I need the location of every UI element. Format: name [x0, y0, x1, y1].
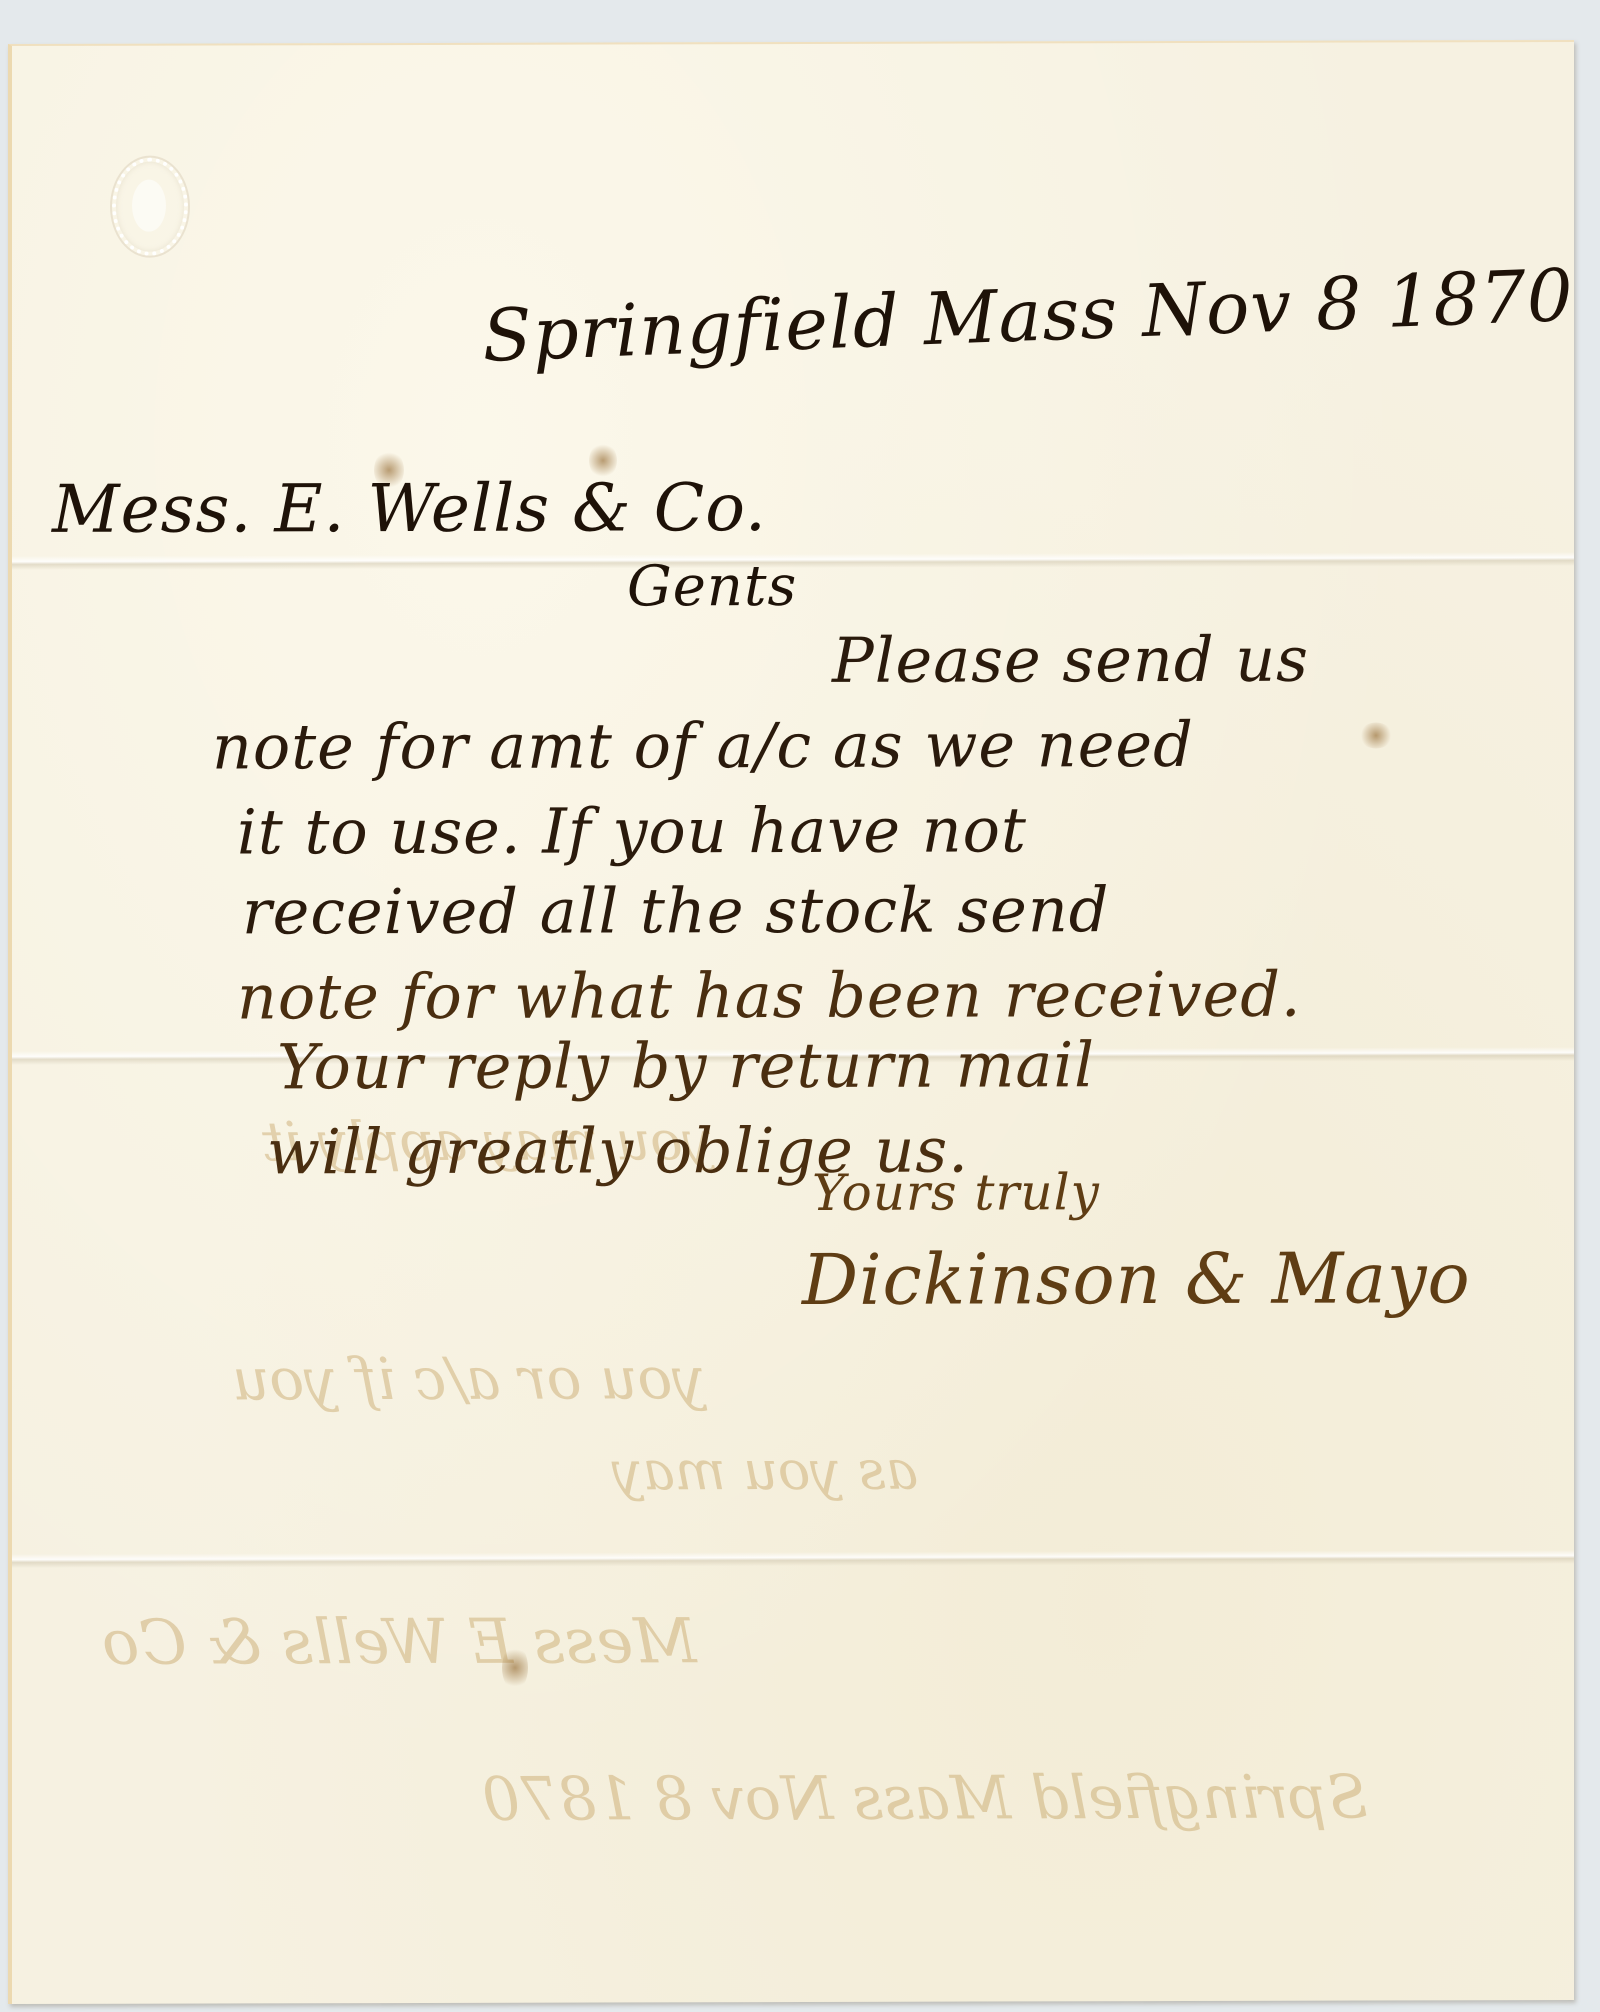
closing: Yours truly: [812, 1163, 1100, 1222]
bleed-through-line: Mess E Wells & Co: [102, 1604, 697, 1679]
body-line: note for what has been received.: [237, 958, 1302, 1034]
bleed-through-line: you or a/c if you: [232, 1344, 705, 1413]
fold-line-3: [12, 1550, 1574, 1568]
place-date-heading: Springfield Mass Nov 8 1870: [481, 253, 1575, 378]
salutation: Gents: [627, 554, 797, 619]
body-line: received all the stock send: [242, 873, 1109, 948]
bleed-through-line: Springfield Mass Nov 8 1870: [482, 1762, 1368, 1834]
body-line: it to use. If you have not: [237, 793, 1027, 868]
emboss-center: [132, 180, 166, 232]
ink-stain: [502, 1645, 528, 1691]
embossed-stamp-icon: [112, 158, 188, 256]
bleed-through-line: as you may: [612, 1439, 918, 1503]
letter-sheet: you may apply it you or a/c if you as yo…: [8, 40, 1574, 2004]
addressee: Mess. E. Wells & Co.: [52, 469, 767, 548]
body-line: Please send us: [832, 623, 1309, 697]
body-line: Your reply by return mail: [277, 1028, 1095, 1103]
body-line: note for amt of a/c as we need: [212, 708, 1194, 784]
ink-stain: [1359, 722, 1393, 748]
signature: Dickinson & Mayo: [802, 1237, 1471, 1321]
